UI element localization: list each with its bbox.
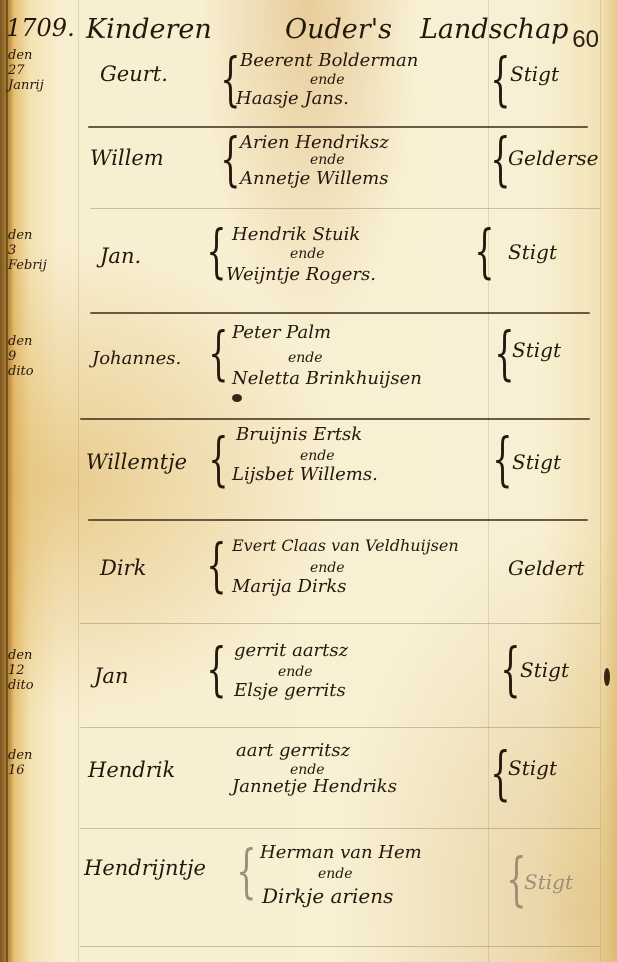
brace: { xyxy=(474,222,494,280)
mother-name: Jannetje Hendriks xyxy=(232,776,397,797)
region: Stigt xyxy=(520,658,569,682)
child-name: Johannes. xyxy=(92,348,181,369)
column-rule xyxy=(600,0,601,962)
mother-name: Marija Dirks xyxy=(232,576,347,597)
brace: { xyxy=(500,640,520,698)
entry-date: den27Janrij xyxy=(8,48,44,93)
entry-date: den9dito xyxy=(8,334,34,379)
column-rule xyxy=(78,0,79,962)
child-name: Hendrijntje xyxy=(84,856,206,880)
mother-name: Elsje gerrits xyxy=(234,680,346,701)
child-name: Willemtje xyxy=(86,450,187,474)
mother-name: Neletta Brinkhuijsen xyxy=(232,368,422,389)
child-name: Jan. xyxy=(100,244,141,268)
region: Gelderse xyxy=(508,146,599,170)
brace: { xyxy=(236,842,256,900)
row-separator xyxy=(80,727,600,728)
page-number: 60 xyxy=(572,26,599,54)
region: Stigt xyxy=(512,450,561,474)
region: Stigt xyxy=(508,240,557,264)
mother-name: Weijntje Rogers. xyxy=(226,264,376,285)
year-heading: 1709. xyxy=(6,14,75,42)
father-name: gerrit aartsz xyxy=(234,640,348,661)
brace: { xyxy=(206,640,226,698)
column-header-children: Kinderen xyxy=(86,14,212,45)
conjunction: ende xyxy=(310,72,345,88)
region: Stigt xyxy=(510,62,559,86)
row-separator xyxy=(88,126,588,128)
brace: { xyxy=(492,430,512,488)
mother-name: Annetje Willems xyxy=(240,168,388,189)
father-name: Arien Hendriksz xyxy=(240,132,389,153)
entry-date: den12dito xyxy=(8,648,34,693)
child-name: Jan xyxy=(94,664,128,688)
row-separator xyxy=(80,418,590,420)
entry-date: den3Febrij xyxy=(8,228,47,273)
brace: { xyxy=(220,130,240,188)
child-name: Geurt. xyxy=(100,62,168,86)
conjunction: ende xyxy=(318,866,353,882)
mother-name: Haasje Jans. xyxy=(236,88,349,109)
father-name: Herman van Hem xyxy=(260,842,422,863)
conjunction: ende xyxy=(300,448,335,464)
column-header-parents: Ouder's xyxy=(285,14,392,45)
conjunction: ende xyxy=(278,664,313,680)
entry-date: den16 xyxy=(8,748,32,778)
region: Stigt xyxy=(512,338,561,362)
brace: { xyxy=(206,536,226,594)
column-header-region: Landschap xyxy=(420,14,568,45)
conjunction: ende xyxy=(288,350,323,366)
region: Geldert xyxy=(508,556,584,580)
father-name: Beerent Bolderman xyxy=(240,50,418,71)
conjunction: ende xyxy=(290,246,325,262)
ink-blot xyxy=(604,668,610,686)
row-separator xyxy=(90,312,590,314)
father-name: Peter Palm xyxy=(232,322,331,343)
row-separator xyxy=(80,623,600,624)
ink-blot xyxy=(232,394,242,402)
mother-name: Dirkje ariens xyxy=(262,884,393,908)
conjunction: ende xyxy=(310,152,345,168)
row-separator xyxy=(80,828,600,829)
register-page: 1709. Kinderen Ouder's Landschap 60 den2… xyxy=(0,0,617,962)
margin-rule xyxy=(6,0,8,962)
brace: { xyxy=(206,222,226,280)
child-name: Willem xyxy=(90,146,164,170)
row-separator xyxy=(88,519,588,521)
row-separator xyxy=(90,208,600,209)
father-name: aart gerritsz xyxy=(236,740,350,761)
region: Stigt xyxy=(524,870,573,894)
father-name: Bruijnis Ertsk xyxy=(236,424,362,445)
father-name: Evert Claas van Veldhuijsen xyxy=(232,536,459,555)
brace: { xyxy=(208,430,228,488)
child-name: Dirk xyxy=(100,556,146,580)
brace: { xyxy=(208,324,228,382)
column-rule xyxy=(488,0,489,962)
mother-name: Lijsbet Willems. xyxy=(232,464,378,485)
brace: { xyxy=(490,50,510,108)
child-name: Hendrik xyxy=(88,758,175,782)
region: Stigt xyxy=(508,756,557,780)
row-separator xyxy=(80,946,600,947)
father-name: Hendrik Stuik xyxy=(232,224,360,245)
conjunction: ende xyxy=(310,560,345,576)
